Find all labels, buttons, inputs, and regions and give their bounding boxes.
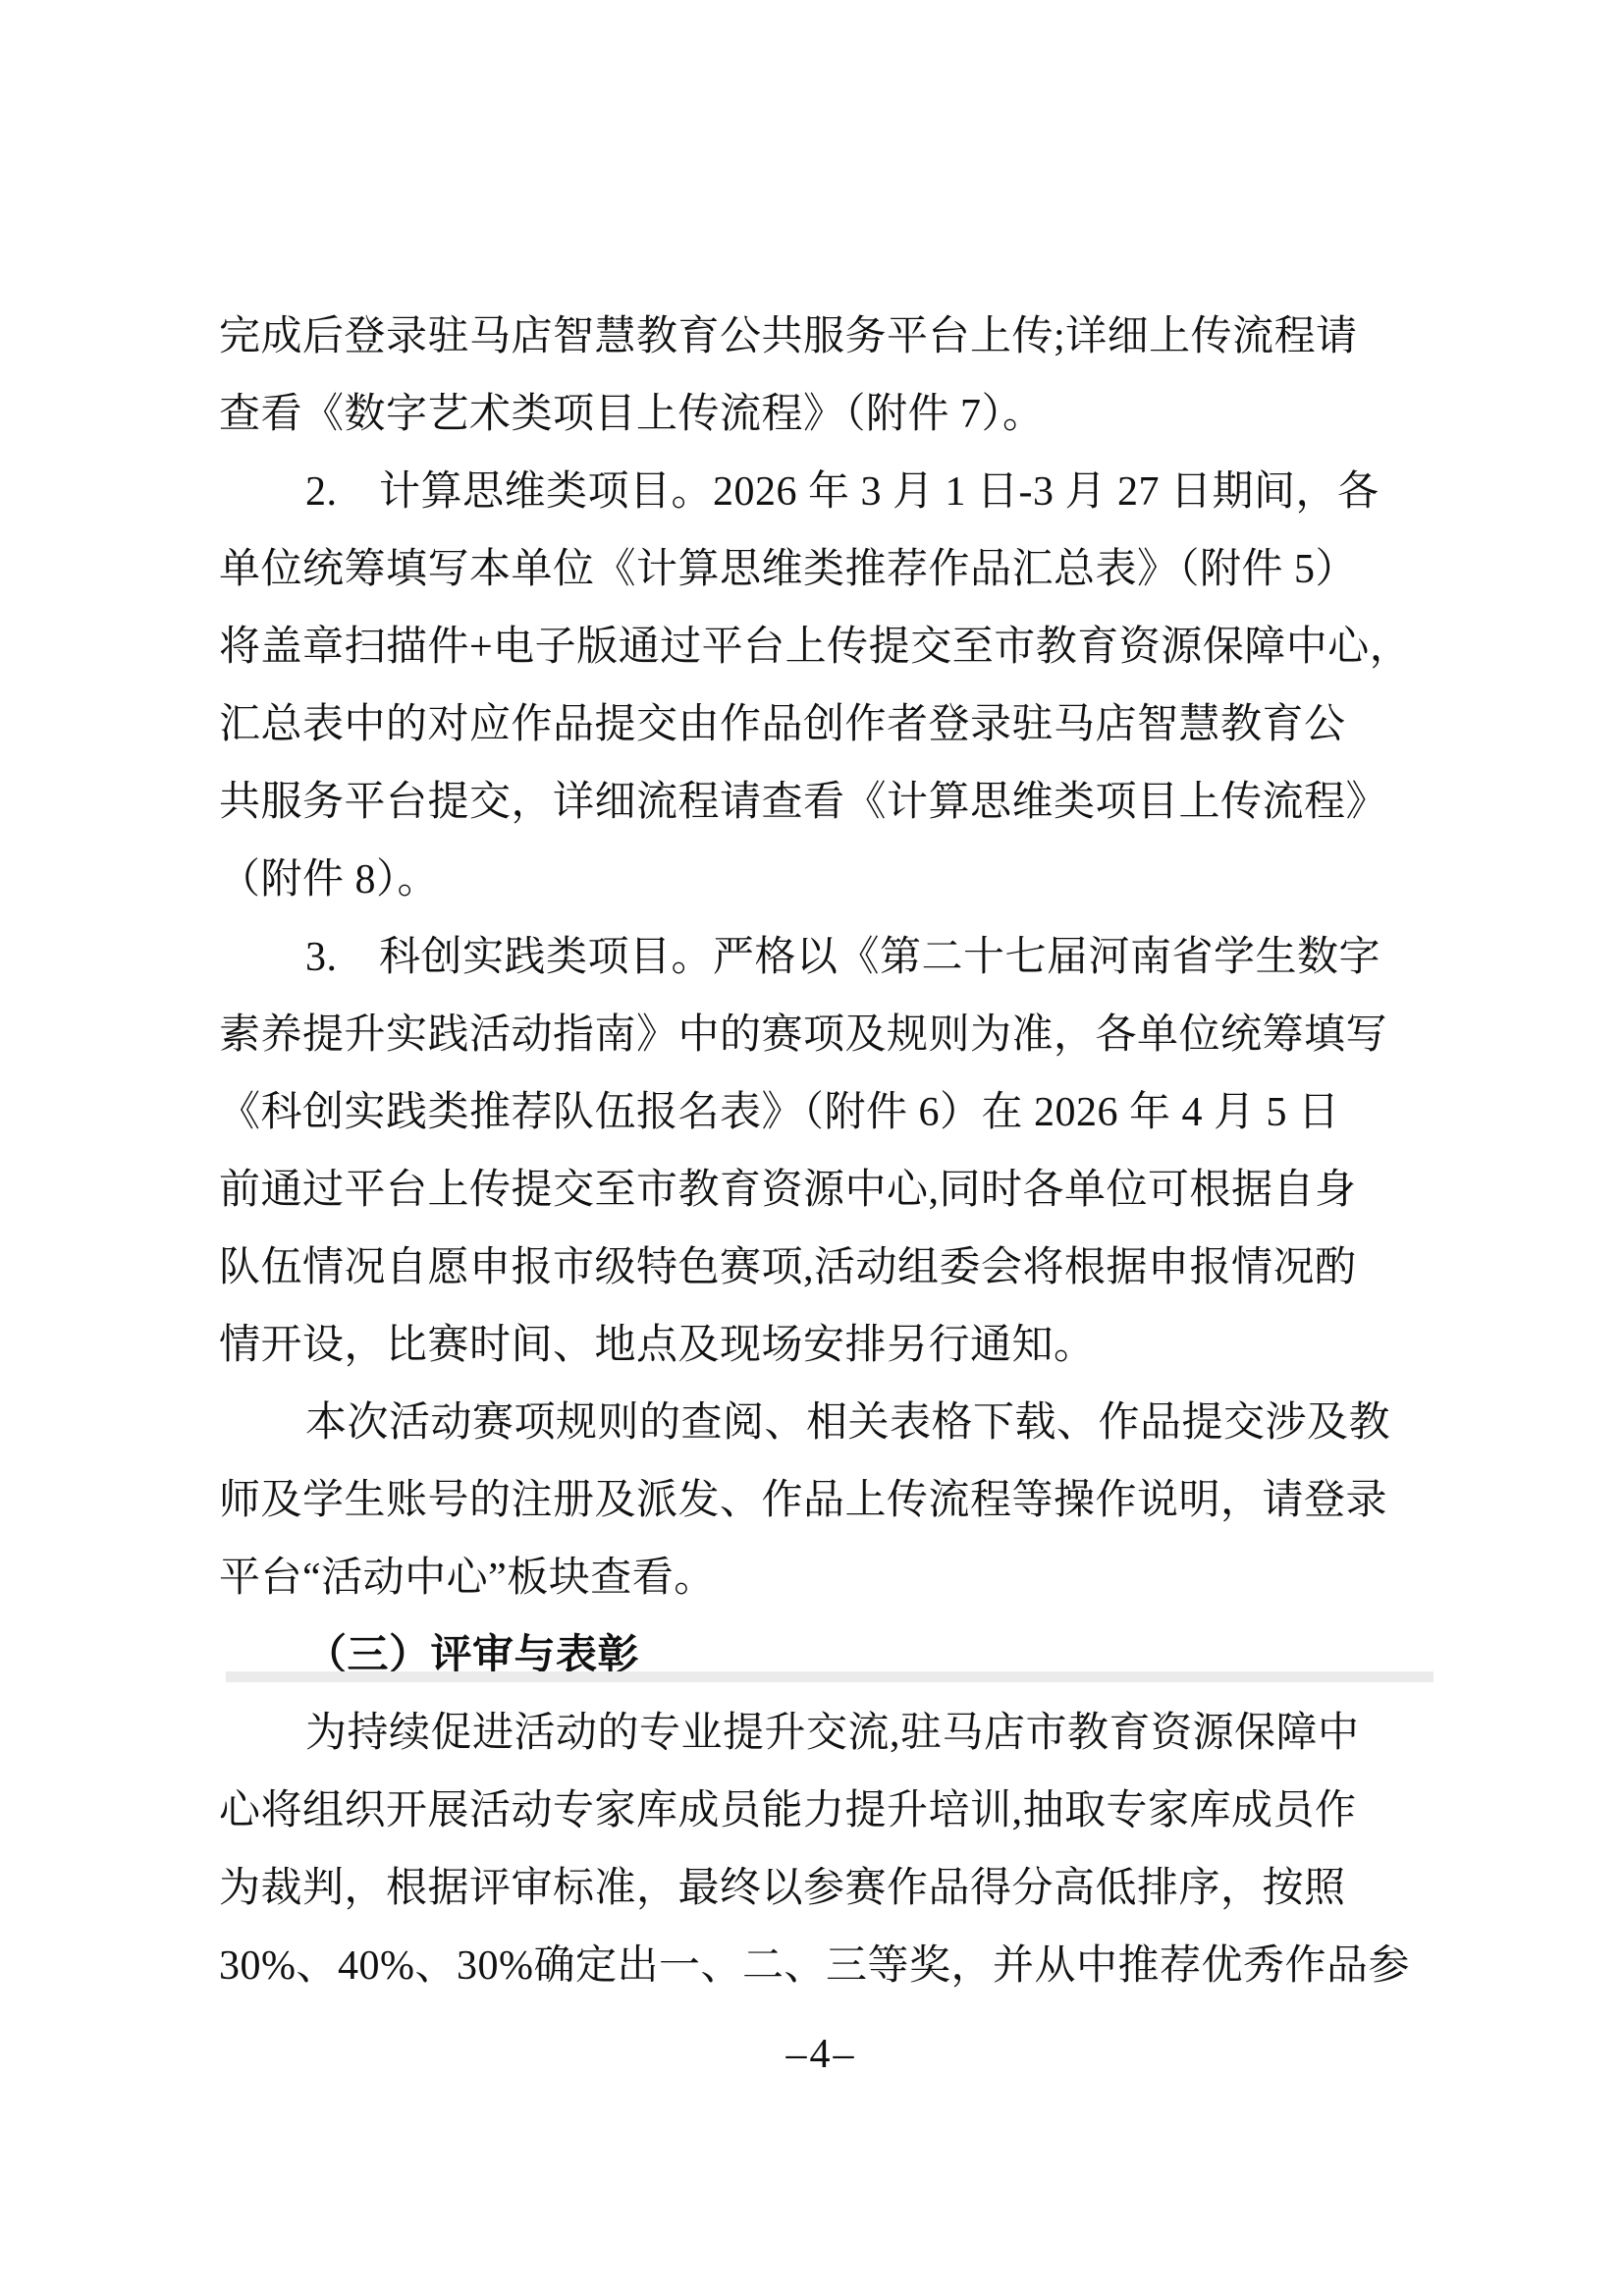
scan-artifact-band <box>226 1671 1434 1682</box>
text-line: （附件 8）。 <box>219 842 1424 919</box>
text-line: 将盖章扫描件+电子版通过平台上传提交至市教育资源保障中心， <box>219 609 1424 686</box>
text-line: 汇总表中的对应作品提交由作品创作者登录驻马店智慧教育公 <box>219 686 1424 764</box>
document-body: 完成后登录驻马店智慧教育公共服务平台上传;详细上传流程请查看《数字艺术类项目上传… <box>219 299 1424 2005</box>
text-line: 《科创实践类推荐队伍报名表》（附件 6）在 2026 年 4 月 5 日 <box>219 1074 1424 1152</box>
text-line: 素养提升实践活动指南》中的赛项及规则为准，各单位统筹填写 <box>219 997 1424 1074</box>
text-line: 30%、40%、30%确定出一、二、三等奖，并从中推荐优秀作品参 <box>219 1928 1424 2005</box>
text-line: 2. 计算思维类项目。2026 年 3 月 1 日-3 月 27 日期间，各 <box>219 454 1424 531</box>
text-line: 师及学生账号的注册及派发、作品上传流程等操作说明，请登录 <box>219 1462 1424 1540</box>
text-line: 队伍情况自愿申报市级特色赛项,活动组委会将根据申报情况酌 <box>219 1230 1424 1307</box>
text-line: 平台“活动中心”板块查看。 <box>219 1540 1424 1617</box>
text-line: 为裁判，根据评审标准，最终以参赛作品得分高低排序，按照 <box>219 1850 1424 1928</box>
text-line: 完成后登录驻马店智慧教育公共服务平台上传;详细上传流程请 <box>219 299 1424 376</box>
text-line: 查看《数字艺术类项目上传流程》（附件 7）。 <box>219 376 1424 454</box>
text-line: 共服务平台提交，详细流程请查看《计算思维类项目上传流程》 <box>219 764 1424 842</box>
text-line: 为持续促进活动的专业提升交流,驻马店市教育资源保障中 <box>219 1695 1424 1773</box>
document-page: 完成后登录驻马店智慧教育公共服务平台上传;详细上传流程请查看《数字艺术类项目上传… <box>0 0 1623 2296</box>
text-line: 前通过平台上传提交至市教育资源中心,同时各单位可根据自身 <box>219 1152 1424 1230</box>
text-line: 单位统筹填写本单位《计算思维类推荐作品汇总表》（附件 5） <box>219 531 1424 609</box>
text-line: 心将组织开展活动专家库成员能力提升培训,抽取专家库成员作 <box>219 1773 1424 1850</box>
text-line: 本次活动赛项规则的查阅、相关表格下载、作品提交涉及教 <box>219 1385 1424 1462</box>
text-line: 情开设，比赛时间、地点及现场安排另行通知。 <box>219 1307 1424 1385</box>
section-heading: （三）评审与表彰 <box>219 1617 1424 1695</box>
page-number: –4– <box>219 2025 1424 2084</box>
text-line: 3. 科创实践类项目。严格以《第二十七届河南省学生数字 <box>219 919 1424 997</box>
